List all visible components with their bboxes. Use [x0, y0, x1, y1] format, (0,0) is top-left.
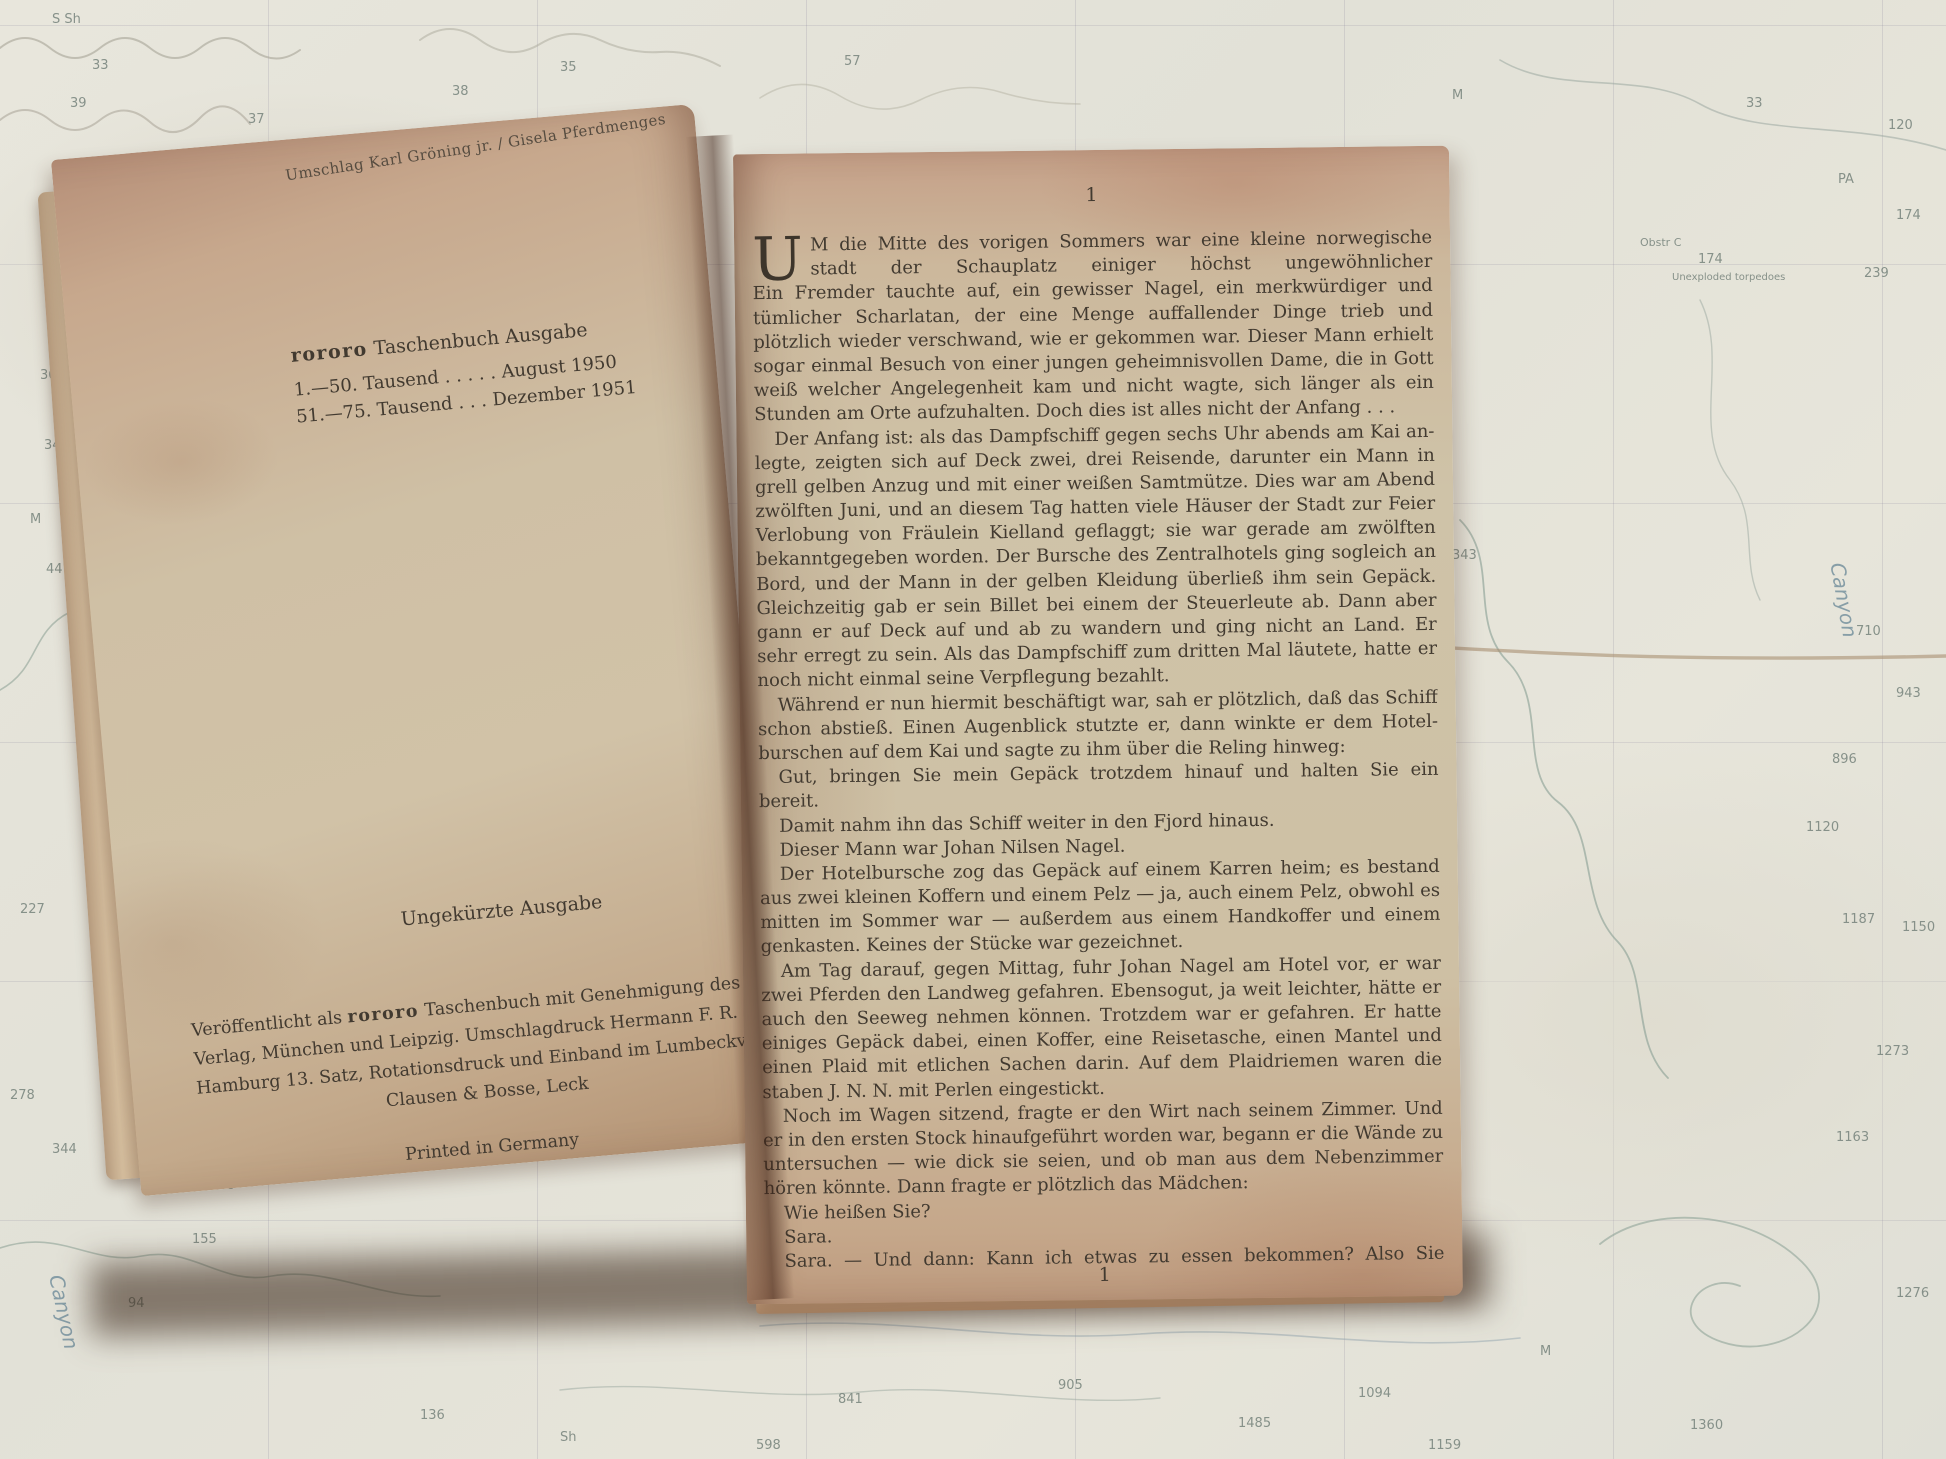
map-label: 239: [1864, 266, 1889, 281]
map-label: 35: [560, 60, 577, 75]
photo-of-open-book: { "background": { "labels": [ {"x":52,"y…: [0, 0, 1946, 1459]
map-label: 1273: [1876, 1044, 1909, 1059]
map-label: 120: [1888, 118, 1913, 133]
map-label: Obstr C: [1640, 236, 1681, 249]
right-page: 1 U M die Mitte des vorigen Sommers war …: [733, 146, 1463, 1305]
map-label: 1159: [1428, 1438, 1461, 1453]
map-label: 343: [1452, 548, 1477, 563]
map-label: 598: [756, 1438, 781, 1453]
map-label: 905: [1058, 1378, 1083, 1393]
map-label: 1094: [1358, 1386, 1391, 1401]
map-label: 174: [1698, 252, 1723, 267]
map-label: 344: [52, 1142, 77, 1157]
map-label: 841: [838, 1392, 863, 1407]
map-label: 1360: [1690, 1418, 1723, 1433]
edition-block: rororo Taschenbuch Ausgabe 1.—50. Tausen…: [290, 314, 656, 431]
map-label: PA: [1838, 172, 1854, 187]
map-label: 44: [46, 562, 63, 577]
map-label: 33: [1746, 96, 1763, 111]
map-label: 38: [452, 84, 469, 99]
rororo-logo-text: rororo: [290, 338, 369, 367]
drop-cap: U: [752, 230, 803, 291]
map-label: Canyon: [44, 1273, 83, 1352]
map-label: 136: [420, 1408, 445, 1423]
map-label: M: [1452, 88, 1463, 103]
map-label: 943: [1896, 686, 1921, 701]
rororo-logo-text: rororo: [347, 1001, 420, 1027]
map-label: 1276: [1896, 1286, 1929, 1301]
unabridged-edition-label: Ungekürzte Ausgabe: [248, 878, 755, 944]
map-label: 1163: [1836, 1130, 1869, 1145]
map-label: 1187: [1842, 912, 1875, 927]
map-label: 896: [1832, 752, 1857, 767]
map-label: 227: [20, 902, 45, 917]
map-label: 33: [92, 58, 109, 73]
map-label: 37: [248, 112, 265, 127]
map-label: Unexploded torpedoes: [1672, 272, 1785, 283]
chapter-number: 1: [733, 146, 1450, 213]
map-label: 1485: [1238, 1416, 1271, 1431]
map-label: 278: [10, 1088, 35, 1103]
map-label: 174: [1896, 208, 1921, 223]
map-label: 710: [1856, 624, 1881, 639]
map-label: 1120: [1806, 820, 1839, 835]
map-label: M: [30, 512, 41, 527]
map-label: 155: [192, 1232, 217, 1247]
map-label: M: [1540, 1344, 1551, 1359]
left-page: Umschlag Karl Gröning jr. / Gisela Pferd…: [51, 104, 784, 1196]
map-label: 39: [70, 96, 87, 111]
map-label: S Sh: [52, 12, 81, 27]
map-label: 1150: [1902, 920, 1935, 935]
map-label: 57: [844, 54, 861, 69]
map-label: Sh: [560, 1430, 577, 1445]
page-body-text: U M die Mitte des vorigen Sommers war ei…: [752, 226, 1445, 1274]
